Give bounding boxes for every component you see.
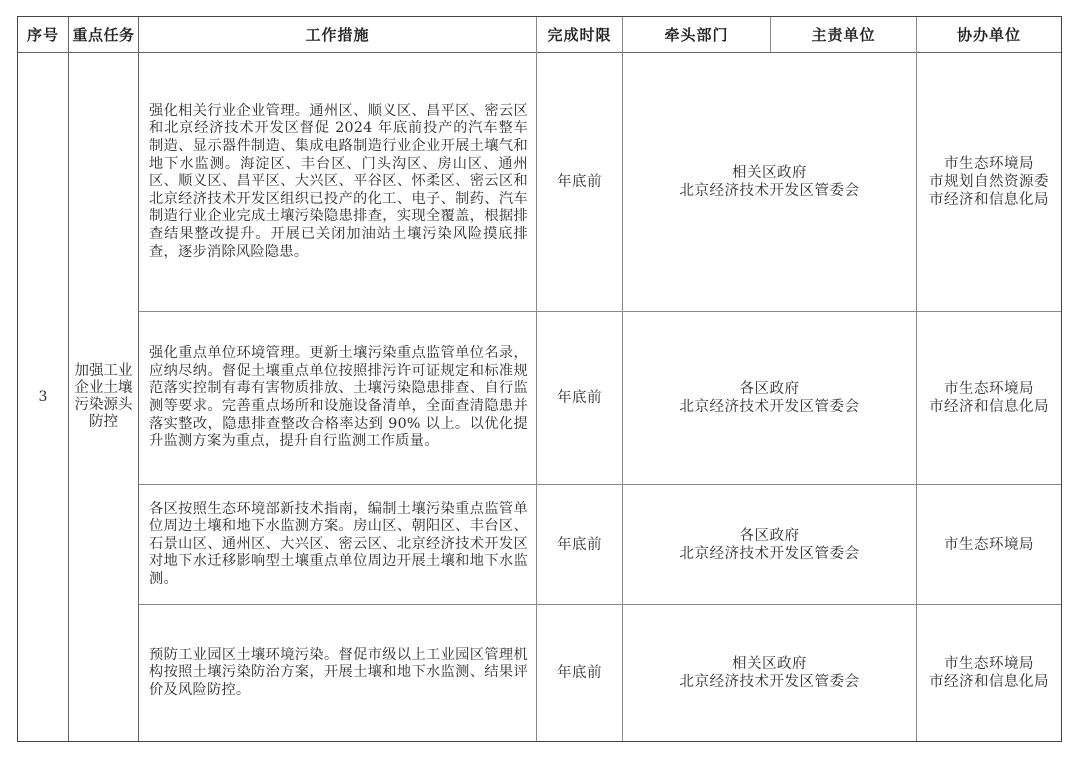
header-seq: 序号 bbox=[18, 17, 68, 52]
row-4-deadline: 年底前 bbox=[537, 605, 622, 741]
row-3-assist: 市生态环境局 bbox=[917, 485, 1061, 604]
row-1-assist-line: 市生态环境局 bbox=[944, 155, 1034, 173]
header-task: 重点任务 bbox=[69, 17, 138, 52]
row-2-assist: 市生态环境局 市经济和信息化局 bbox=[917, 312, 1061, 484]
header-responsible: 主责单位 bbox=[771, 17, 916, 52]
header-deadline: 完成时限 bbox=[537, 17, 622, 52]
row-2-assist-line: 市经济和信息化局 bbox=[929, 398, 1049, 416]
row-2-responsible-line: 各区政府 bbox=[740, 380, 800, 398]
row-3-responsible-line: 各区政府 bbox=[740, 527, 800, 545]
row-1-responsible-line: 相关区政府 bbox=[732, 164, 807, 182]
row-2-responsible-line: 北京经济技术开发区管委会 bbox=[680, 398, 860, 416]
row-1-assist-line: 市经济和信息化局 bbox=[929, 191, 1049, 209]
row-2-assist-line: 市生态环境局 bbox=[944, 380, 1034, 398]
row-2-responsible: 各区政府 北京经济技术开发区管委会 bbox=[623, 312, 916, 484]
row-4-assist: 市生态环境局 市经济和信息化局 bbox=[917, 605, 1061, 741]
row-3-responsible: 各区政府 北京经济技术开发区管委会 bbox=[623, 485, 916, 604]
task-table: 序号 重点任务 工作措施 完成时限 牵头部门 主责单位 协办单位 3 加强工业企… bbox=[17, 16, 1062, 742]
row-1-deadline: 年底前 bbox=[537, 53, 622, 311]
row-3-deadline: 年底前 bbox=[537, 485, 622, 604]
row-4-assist-line: 市经济和信息化局 bbox=[929, 673, 1049, 691]
row-1-assist: 市生态环境局 市规划自然资源委 市经济和信息化局 bbox=[917, 53, 1061, 311]
row-4-responsible: 相关区政府 北京经济技术开发区管委会 bbox=[623, 605, 916, 741]
row-4-responsible-line: 相关区政府 bbox=[732, 655, 807, 673]
row-1-assist-line: 市规划自然资源委 bbox=[929, 173, 1049, 191]
header-lead-dept: 牵头部门 bbox=[623, 17, 770, 52]
row-1-responsible: 相关区政府 北京经济技术开发区管委会 bbox=[623, 53, 916, 311]
row-1-responsible-line: 北京经济技术开发区管委会 bbox=[680, 182, 860, 200]
task-name: 加强工业企业土壤污染源头防控 bbox=[69, 53, 138, 741]
row-3-measure: 各区按照生态环境部新技术指南，编制土壤污染重点监管单位周边土壤和地下水监测方案。… bbox=[139, 485, 536, 604]
row-3-assist-line: 市生态环境局 bbox=[944, 536, 1034, 554]
row-4-assist-line: 市生态环境局 bbox=[944, 655, 1034, 673]
row-4-measure: 预防工业园区土壤环境污染。督促市级以上工业园区管理机构按照土壤污染防治方案，开展… bbox=[139, 605, 536, 741]
row-4-responsible-line: 北京经济技术开发区管委会 bbox=[680, 673, 860, 691]
header-assist: 协办单位 bbox=[917, 17, 1061, 52]
row-2-measure: 强化重点单位环境管理。更新土壤污染重点监管单位名录，应纳尽纳。督促土壤重点单位按… bbox=[139, 312, 536, 484]
row-2-deadline: 年底前 bbox=[537, 312, 622, 484]
seq-number: 3 bbox=[18, 53, 68, 741]
row-3-responsible-line: 北京经济技术开发区管委会 bbox=[680, 545, 860, 563]
header-measures: 工作措施 bbox=[139, 17, 536, 52]
row-1-measure: 强化相关行业企业管理。通州区、顺义区、昌平区、密云区和北京经济技术开发区督促 2… bbox=[139, 53, 536, 311]
